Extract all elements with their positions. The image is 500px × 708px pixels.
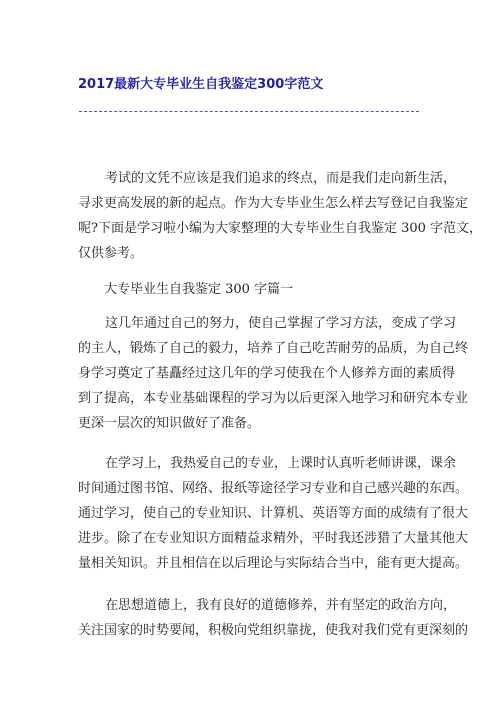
paragraph-line: 这几年通过自己的努力，使自己掌握了学习方法，变成了学习 <box>78 311 423 336</box>
section-heading: 大专毕业生自我鉴定 300 字篇一 <box>104 278 293 297</box>
paragraph-1: 这几年通过自己的努力，使自己掌握了学习方法，变成了学习 的主人，锻炼了自己的毅力… <box>78 311 423 436</box>
paragraph-3: 在思想道德上，我有良好的道德修养，并有坚定的政治方向， 关注国家的时势要闻，积极… <box>78 593 423 643</box>
intro-line: 仅供参考。 <box>78 241 423 266</box>
paragraph-line: 进步。除了在专业知识方面精益求精外，平时我还涉猎了大量其他大 <box>78 526 423 551</box>
paragraph-line: 的主人，锻炼了自己的毅力，培养了自己吃苦耐劳的品质，为自己终 <box>78 336 423 361</box>
paragraph-line: 量相关知识。并且相信在以后理论与实际结合当中，能有更大提高。 <box>78 551 423 576</box>
document-title: 2017最新大专毕业生自我鉴定300字范文 <box>78 73 323 92</box>
paragraph-line: 在思想道德上，我有良好的道德修养，并有坚定的政治方向， <box>78 593 423 618</box>
paragraph-line: 关注国家的时势要闻，积极向党组织靠拢，使我对我们党有更深刻的 <box>78 618 423 643</box>
intro-line: 考试的文凭不应该是我们追求的终点，而是我们走向新生活， <box>78 166 423 191</box>
paragraph-line: 通过学习，使自己的专业知识、计算机、英语等方面的成绩有了很大 <box>78 501 423 526</box>
paragraph-line: 在学习上，我热爱自己的专业，上课时认真听老师讲课，课余 <box>78 451 423 476</box>
intro-line: 呢?下面是学习啦小编为大家整理的大专毕业生自我鉴定 300 字范文， <box>78 216 423 241</box>
title-divider <box>79 111 419 112</box>
paragraph-line: 到了提高，本专业基础课程的学习为以后更深入地学习和研究本专业 <box>78 386 423 411</box>
paragraph-2: 在学习上，我热爱自己的专业，上课时认真听老师讲课，课余 时间通过图书馆、网络、报… <box>78 451 423 576</box>
paragraph-line: 时间通过图书馆、网络、报纸等途径学习专业和自己感兴趣的东西。 <box>78 476 423 501</box>
intro-line: 寻求更高发展的新的起点。作为大专毕业生怎么样去写登记自我鉴定 <box>78 191 423 216</box>
intro-paragraph: 考试的文凭不应该是我们追求的终点，而是我们走向新生活， 寻求更高发展的新的起点。… <box>78 166 423 266</box>
paragraph-line: 更深一层次的知识做好了准备。 <box>78 411 423 436</box>
paragraph-line: 身学习奠定了基矗经过这几年的学习使我在个人修养方面的素质得 <box>78 361 423 386</box>
